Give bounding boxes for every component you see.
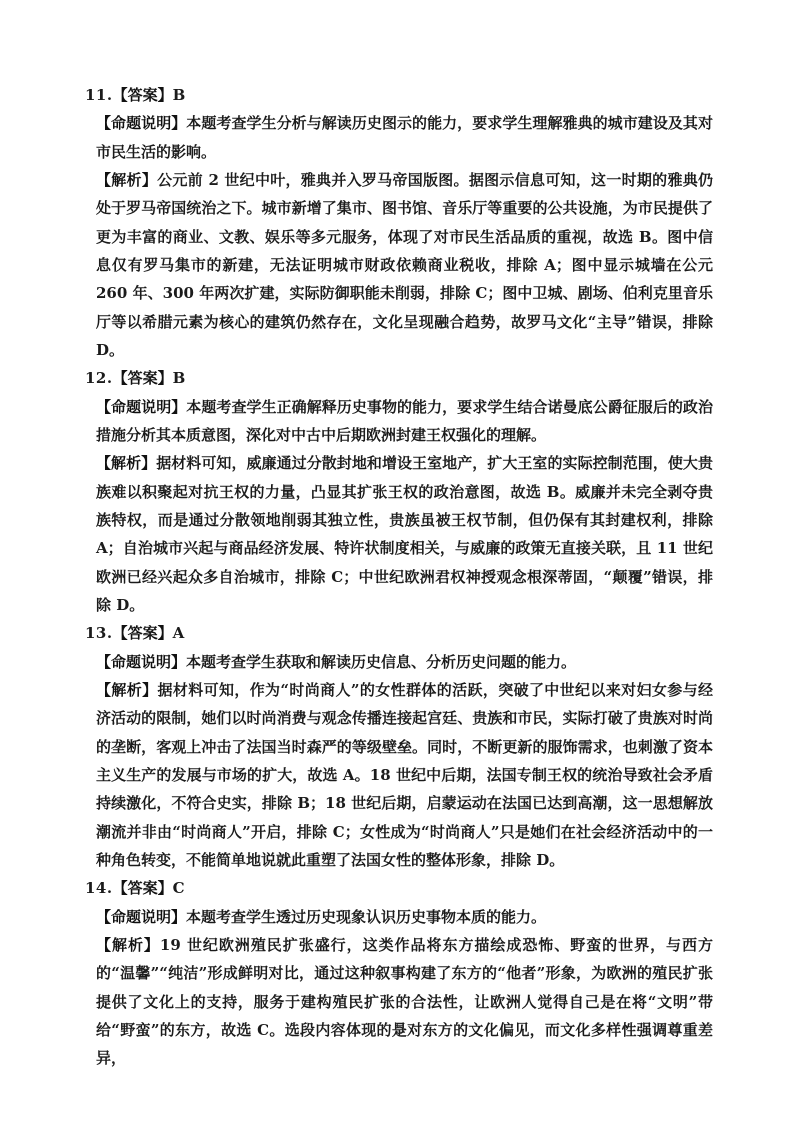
commentary-label: 【命题说明】 — [96, 653, 186, 671]
question-number: 11. — [85, 86, 113, 104]
answer-item-13: 13.【答案】A 【命题说明】本题考查学生获取和解读历史信息、分析历史问题的能力… — [85, 619, 713, 874]
commentary-paragraph: 【命题说明】本题考查学生透过历史现象认识历史事物本质的能力。 — [96, 903, 713, 931]
analysis-text: 据材料可知，威廉通过分散封地和增设王室地产，扩大王室的实际控制范围，使大贵族难以… — [96, 454, 713, 614]
analysis-label: 【解析】 — [96, 936, 160, 954]
question-number: 14. — [85, 879, 113, 897]
page-number: 5 — [0, 1015, 800, 1043]
question-number: 13. — [85, 624, 113, 642]
question-number: 12. — [85, 369, 113, 387]
analysis-text: 19 世纪欧洲殖民扩张盛行，这类作品将东方描绘成恐怖、野蛮的世界，与西方的“温馨… — [96, 936, 713, 1067]
commentary-text: 本题考查学生获取和解读历史信息、分析历史问题的能力。 — [186, 653, 576, 671]
commentary-text: 本题考查学生分析与解读历史图示的能力，要求学生理解雅典的城市建设及其对市民生活的… — [96, 114, 713, 160]
analysis-text: 公元前 2 世纪中叶，雅典并入罗马帝国版图。据图示信息可知，这一时期的雅典仍处于… — [96, 171, 713, 359]
analysis-paragraph: 【解析】公元前 2 世纪中叶，雅典并入罗马帝国版图。据图示信息可知，这一时期的雅… — [96, 166, 713, 364]
answer-label: 【答案】 — [113, 879, 173, 897]
commentary-label: 【命题说明】 — [96, 908, 186, 926]
answer-line: 14.【答案】C — [96, 874, 713, 902]
answer-item-11: 11.【答案】B 【命题说明】本题考查学生分析与解读历史图示的能力，要求学生理解… — [85, 81, 713, 364]
answer-value: B — [173, 369, 186, 387]
commentary-label: 【命题说明】 — [96, 114, 186, 132]
analysis-paragraph: 【解析】据材料可知，威廉通过分散封地和增设王室地产，扩大王室的实际控制范围，使大… — [96, 449, 713, 619]
answer-key-content: 11.【答案】B 【命题说明】本题考查学生分析与解读历史图示的能力，要求学生理解… — [85, 81, 713, 1072]
analysis-label: 【解析】 — [96, 171, 157, 189]
analysis-label: 【解析】 — [96, 681, 157, 699]
analysis-paragraph: 【解析】据材料可知，作为“时尚商人”的女性群体的活跃，突破了中世纪以来对妇女参与… — [96, 676, 713, 874]
answer-label: 【答案】 — [113, 369, 173, 387]
analysis-label: 【解析】 — [96, 454, 156, 472]
answer-label: 【答案】 — [113, 86, 173, 104]
commentary-text: 本题考查学生透过历史现象认识历史事物本质的能力。 — [186, 908, 546, 926]
answer-value: C — [173, 879, 185, 897]
answer-line: 13.【答案】A — [96, 619, 713, 647]
analysis-paragraph: 【解析】19 世纪欧洲殖民扩张盛行，这类作品将东方描绘成恐怖、野蛮的世界，与西方… — [96, 931, 713, 1073]
analysis-text: 据材料可知，作为“时尚商人”的女性群体的活跃，突破了中世纪以来对妇女参与经济活动… — [96, 681, 713, 869]
answer-item-12: 12.【答案】B 【命题说明】本题考查学生正确解释历史事物的能力，要求学生结合诺… — [85, 364, 713, 619]
answer-label: 【答案】 — [113, 624, 173, 642]
commentary-label: 【命题说明】 — [96, 398, 186, 416]
commentary-text: 本题考查学生正确解释历史事物的能力，要求学生结合诺曼底公爵征服后的政治措施分析其… — [96, 398, 713, 444]
commentary-paragraph: 【命题说明】本题考查学生正确解释历史事物的能力，要求学生结合诺曼底公爵征服后的政… — [96, 393, 713, 450]
answer-value: B — [173, 86, 186, 104]
answer-value: A — [173, 624, 185, 642]
answer-line: 11.【答案】B — [96, 81, 713, 109]
commentary-paragraph: 【命题说明】本题考查学生获取和解读历史信息、分析历史问题的能力。 — [96, 648, 713, 676]
answer-line: 12.【答案】B — [96, 364, 713, 392]
commentary-paragraph: 【命题说明】本题考查学生分析与解读历史图示的能力，要求学生理解雅典的城市建设及其… — [96, 109, 713, 166]
